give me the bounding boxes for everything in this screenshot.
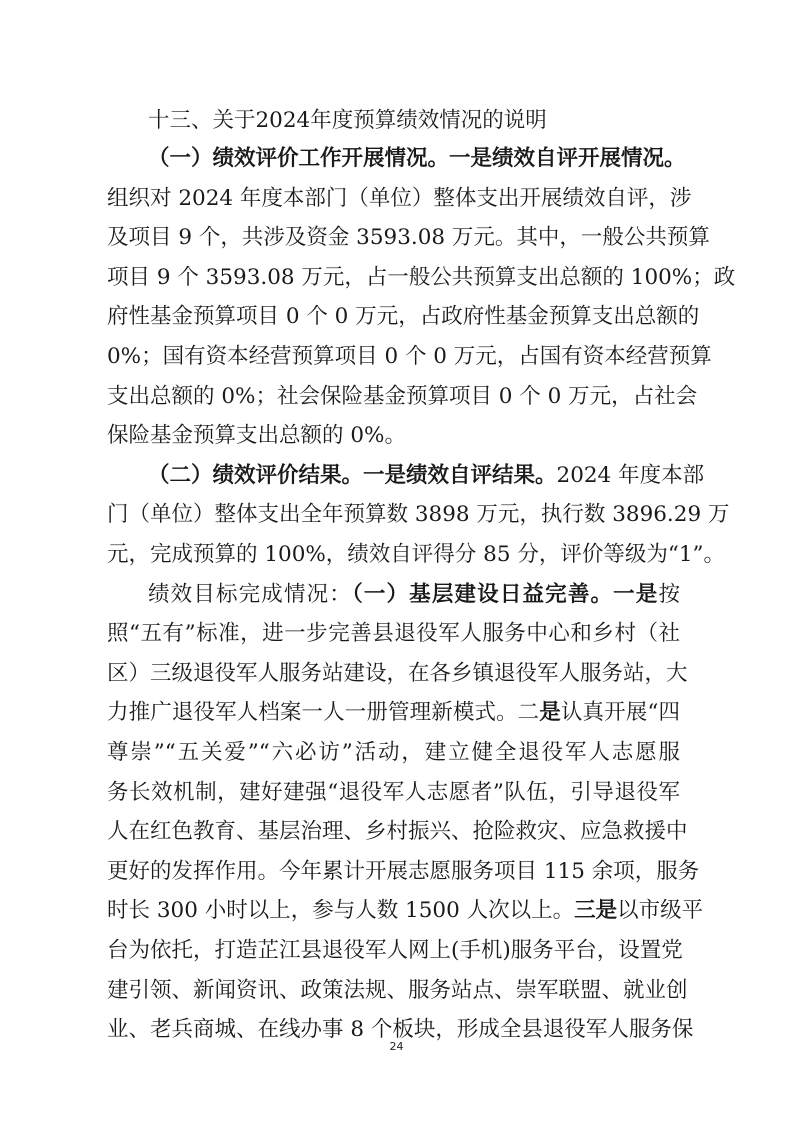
bold-text: （一）绩效评价工作开展情况。一是绩效自评开展情况。	[148, 146, 686, 171]
body-text: 府性基金预算项目 0 个 0 万元，占政府性基金预算支出总额的	[107, 304, 699, 329]
paragraph-line: 区）三级退役军人服务站建设，在各乡镇退役军人服务站，大	[107, 659, 680, 689]
paragraph-first-line: （一）绩效评价工作开展情况。一是绩效自评开展情况。	[148, 144, 680, 174]
body-text: 绩效目标完成情况：	[148, 582, 352, 607]
body-text: 2024 年度本部	[557, 463, 705, 488]
paragraph-line: 时长 300 小时以上，参与人数 1500 人次以上。三是以市级平	[107, 896, 680, 926]
bold-text: （二）绩效评价结果。一是绩效自评结果。	[148, 463, 557, 488]
body-text: 务长效机制，建好建强“退役军人志愿者”队伍，引导退役军	[107, 780, 680, 805]
bold-text: 三是	[574, 898, 617, 923]
body-text: 以市级平	[617, 898, 703, 923]
paragraph-line: 更好的发挥作用。今年累计开展志愿服务项目 115 余项，服务	[107, 857, 680, 887]
paragraph-line: 台为依托，打造芷江县退役军人网上(手机)服务平台，设置党	[107, 936, 680, 966]
body-text: 0%；国有资本经营预算项目 0 个 0 万元，占国有资本经营预算	[107, 344, 712, 369]
paragraph-line: 人在红色教育、基层治理、乡村振兴、抢险救灾、应急救援中	[107, 817, 680, 847]
body-text: 更好的发挥作用。今年累计开展志愿服务项目 115 余项，服务	[107, 859, 699, 884]
bold-text: 是	[539, 700, 561, 725]
paragraph-line: 建引领、新闻资讯、政策法规、服务站点、崇军联盟、就业创	[107, 976, 680, 1006]
body-text: 力推广退役军人档案一人一册管理新模式。二	[107, 700, 539, 725]
body-text: 照“五有”标准，进一步完善县退役军人服务中心和乡村（社	[107, 621, 680, 646]
paragraph-line: 照“五有”标准，进一步完善县退役军人服务中心和乡村（社	[107, 619, 680, 649]
paragraph-line: 及项目 9 个，共涉及资金 3593.08 万元。其中，一般公共预算	[107, 223, 680, 253]
paragraph-line: 力推广退役军人档案一人一册管理新模式。二是认真开展“四	[107, 698, 680, 728]
body-text: 时长 300 小时以上，参与人数 1500 人次以上。	[107, 898, 574, 923]
paragraph-first-line: （二）绩效评价结果。一是绩效自评结果。2024 年度本部	[148, 461, 680, 491]
page-number: 24	[0, 1040, 793, 1053]
body-text: 保险基金预算支出总额的 0%。	[107, 423, 406, 448]
paragraph-line: 务长效机制，建好建强“退役军人志愿者”队伍，引导退役军	[107, 778, 680, 808]
body-text: 支出总额的 0%；社会保险基金预算项目 0 个 0 万元，占社会	[107, 384, 697, 409]
paragraph-line: 组织对 2024 年度本部门（单位）整体支出开展绩效自评，涉	[107, 184, 680, 214]
paragraph-line: 支出总额的 0%；社会保险基金预算项目 0 个 0 万元，占社会	[107, 382, 680, 412]
bold-text: （一）基层建设日益完善。一是	[352, 582, 659, 607]
body-text: 台为依托，打造芷江县退役军人网上(手机)服务平台，设置党	[107, 938, 683, 963]
section-title: 十三、关于2024年度预算绩效情况的说明	[148, 106, 547, 136]
paragraph-line: 门（单位）整体支出全年预算数 3898 万元，执行数 3896.29 万	[107, 500, 680, 530]
body-text: 按	[658, 582, 680, 607]
body-text: 人在红色教育、基层治理、乡村振兴、抢险救灾、应急救援中	[107, 819, 688, 844]
document-page: 十三、关于2024年度预算绩效情况的说明 （一）绩效评价工作开展情况。一是绩效自…	[0, 0, 793, 1122]
body-text: 项目 9 个 3593.08 万元，占一般公共预算支出总额的 100%；政	[107, 265, 735, 290]
body-text: 区）三级退役军人服务站建设，在各乡镇退役军人服务站，大	[107, 661, 688, 686]
body-text: 及项目 9 个，共涉及资金 3593.08 万元。其中，一般公共预算	[107, 225, 710, 250]
body-text: 元，完成预算的 100%，绩效自评得分 85 分，评价等级为“1”。	[107, 542, 725, 567]
paragraph-line: 尊崇”“五关爱”“六必访”活动，建立健全退役军人志愿服	[107, 738, 680, 768]
paragraph-line: 府性基金预算项目 0 个 0 万元，占政府性基金预算支出总额的	[107, 302, 680, 332]
paragraph-line: 项目 9 个 3593.08 万元，占一般公共预算支出总额的 100%；政	[107, 263, 680, 293]
body-text: 尊崇”“五关爱”“六必访”活动，建立健全退役军人志愿服	[107, 740, 680, 765]
body-text: 门（单位）整体支出全年预算数 3898 万元，执行数 3896.29 万	[107, 502, 729, 527]
paragraph-line: 保险基金预算支出总额的 0%。	[107, 421, 680, 451]
body-text: 业、老兵商城、在线办事 8 个板块，形成全县退役军人服务保	[107, 1017, 693, 1042]
paragraph-line: 0%；国有资本经营预算项目 0 个 0 万元，占国有资本经营预算	[107, 342, 680, 372]
body-text: 建引领、新闻资讯、政策法规、服务站点、崇军联盟、就业创	[107, 978, 688, 1003]
paragraph-line: 元，完成预算的 100%，绩效自评得分 85 分，评价等级为“1”。	[107, 540, 680, 570]
body-text: 组织对 2024 年度本部门（单位）整体支出开展绩效自评，涉	[107, 186, 691, 211]
body-text: 认真开展“四	[561, 700, 680, 725]
paragraph-first-line: 绩效目标完成情况：（一）基层建设日益完善。一是按	[148, 580, 680, 610]
